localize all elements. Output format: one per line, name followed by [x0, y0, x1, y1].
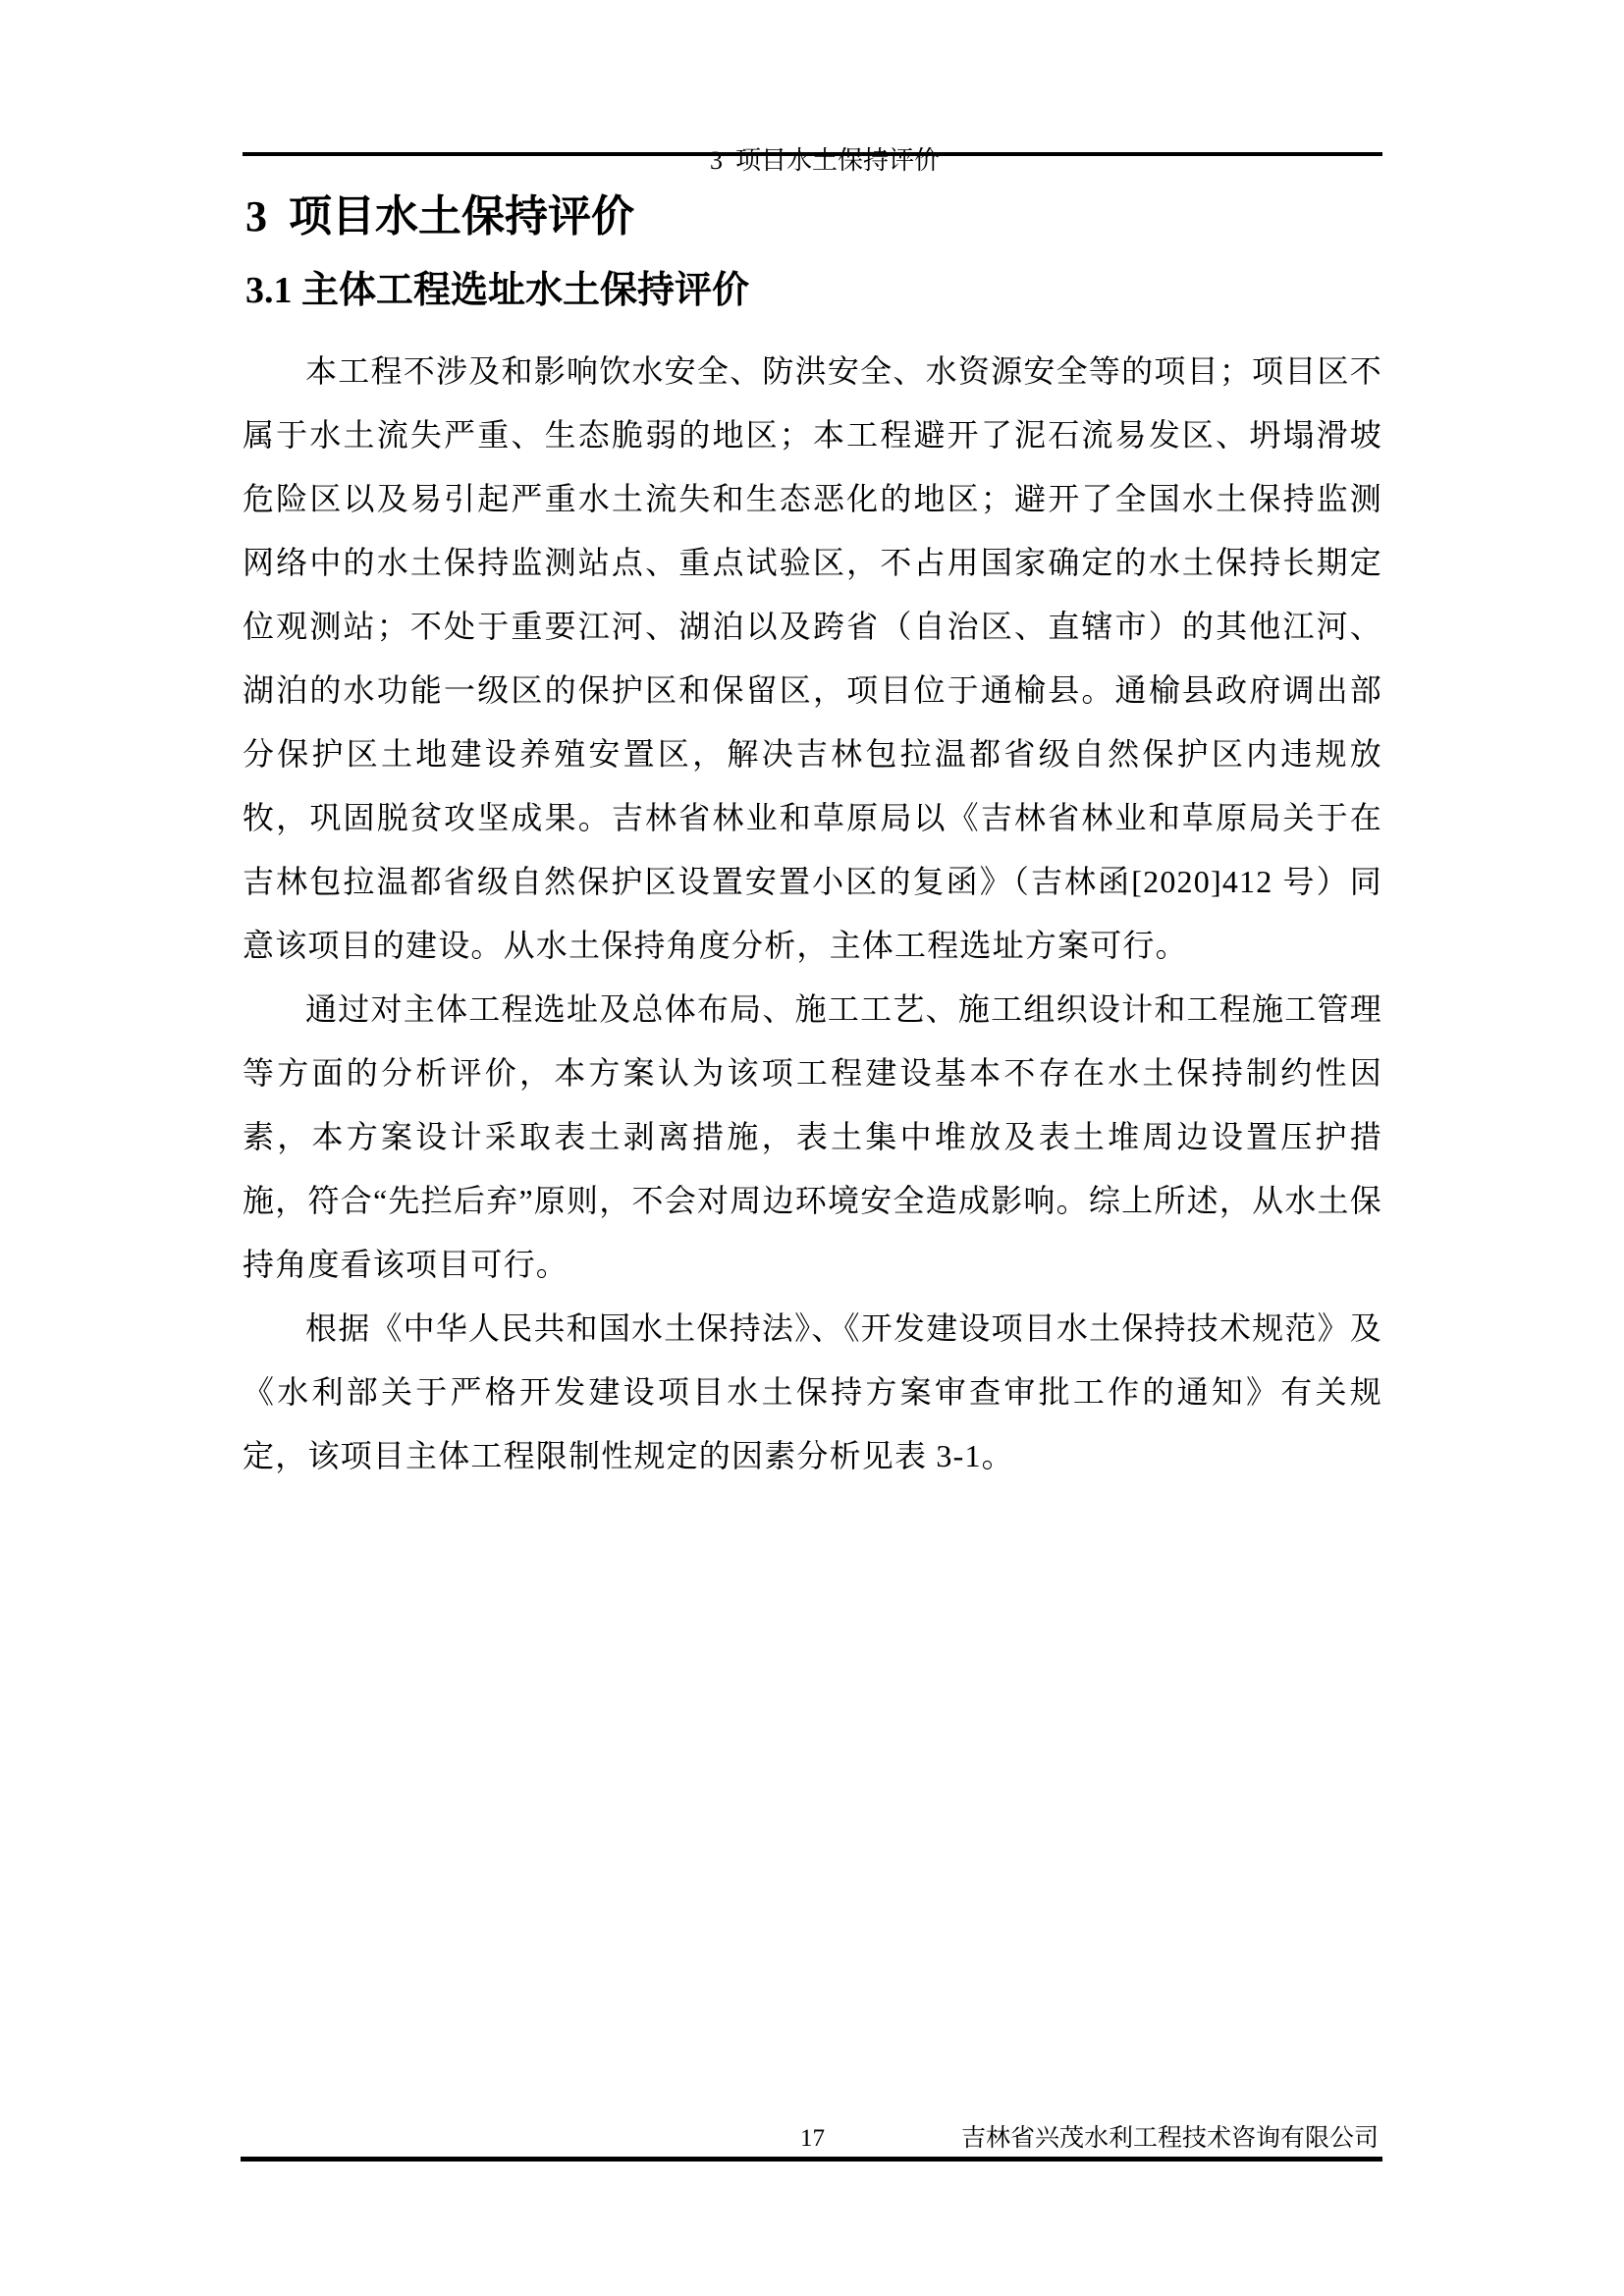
body-paragraph-1: 本工程不涉及和影响饮水安全、防洪安全、水资源安全等的项目；项目区不属于水土流失严…	[243, 340, 1382, 978]
footer-company: 吉林省兴茂水利工程技术咨询有限公司	[961, 2123, 1379, 2155]
section-heading: 3.1 主体工程选址水土保持评价	[245, 265, 749, 316]
header-title: 3 项目水土保持评价	[710, 146, 940, 175]
page-header: 3 项目水土保持评价	[0, 111, 1624, 211]
page-footer: 17 吉林省兴茂水利工程技术咨询有限公司	[243, 2123, 1382, 2157]
document-body: 本工程不涉及和影响饮水安全、防洪安全、水资源安全等的项目；项目区不属于水土流失严…	[243, 340, 1382, 1488]
body-paragraph-2: 通过对主体工程选址及总体布局、施工工艺、施工组织设计和工程施工管理等方面的分析评…	[243, 978, 1382, 1297]
header-rule	[243, 152, 1382, 156]
footer-rule	[241, 2157, 1382, 2162]
page-number: 17	[800, 2123, 825, 2155]
body-paragraph-3: 根据《中华人民共和国水土保持法》、《开发建设项目水土保持技术规范》及《水利部关于…	[243, 1297, 1382, 1488]
document-page: 3 项目水土保持评价 3 项目水土保持评价 3.1 主体工程选址水土保持评价 本…	[0, 0, 1624, 2296]
chapter-heading: 3 项目水土保持评价	[245, 189, 634, 244]
